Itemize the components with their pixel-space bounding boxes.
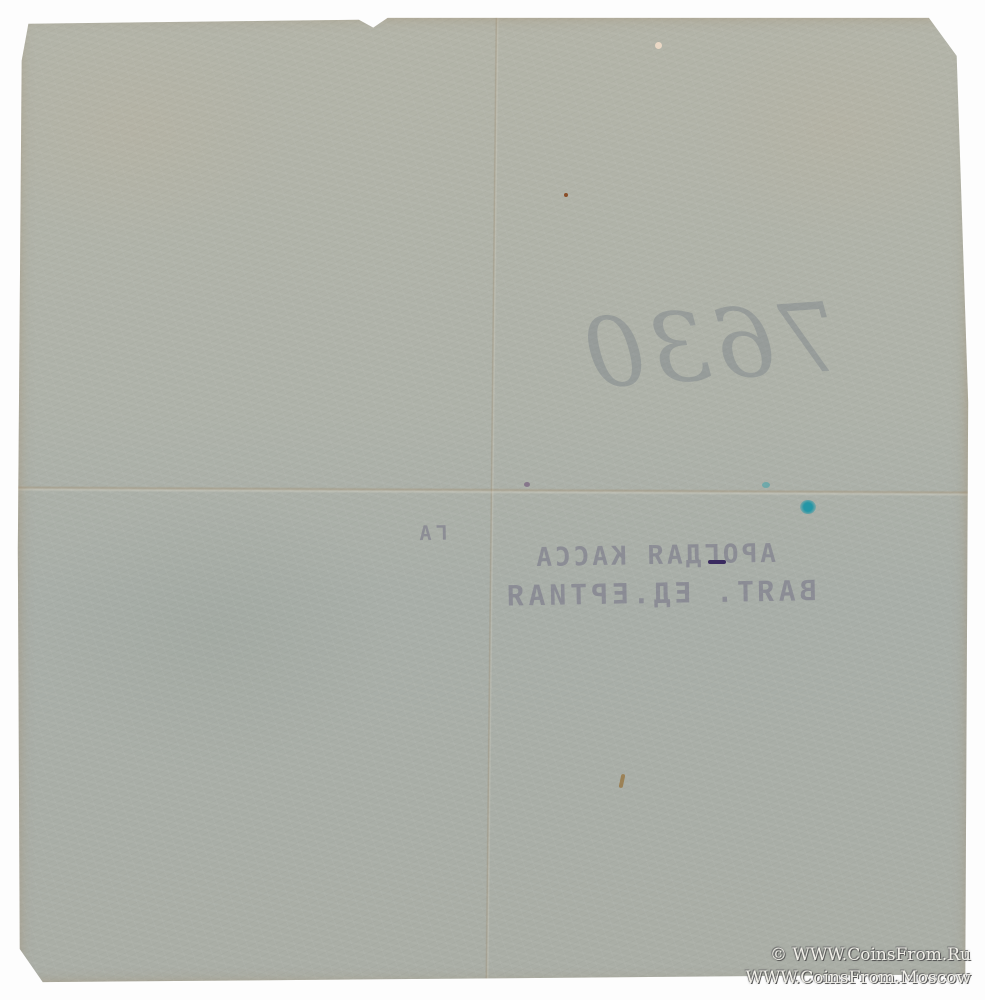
watermark-line-2: WWW.CoinsFrom.Moscow (745, 967, 971, 990)
horizontal-fold-crease (14, 485, 972, 496)
purple-ink-dash (708, 560, 726, 564)
stamp-line-0: ГА (375, 514, 815, 546)
purple-ink-speck (524, 482, 530, 487)
rust-mark (619, 774, 626, 789)
handwritten-number: 7630 (576, 281, 843, 411)
copyright-watermark: © WWW.CoinsFrom.Ru WWW.CoinsFrom.Moscow (745, 944, 971, 990)
faded-stamp: ГА АРОГДАЯ КАССА ВАЯТ. ЕД.ЕРТИАЯ (375, 514, 817, 615)
rust-speck (564, 193, 568, 197)
stamp-line-2: ВАЯТ. ЕД.ЕРТИАЯ (376, 574, 817, 615)
teal-ink-speck (762, 482, 770, 488)
vertical-fold-crease (485, 12, 499, 988)
teal-ink-spot (800, 500, 816, 514)
watermark-line-1: © WWW.CoinsFrom.Ru (745, 944, 971, 967)
stamp-line-1: АРОГДАЯ КАССА (376, 538, 816, 576)
paper-spot-light (655, 42, 662, 49)
banknote-reverse: 7630 ГА АРОГДАЯ КАССА ВАЯТ. ЕД.ЕРТИАЯ (14, 12, 972, 988)
